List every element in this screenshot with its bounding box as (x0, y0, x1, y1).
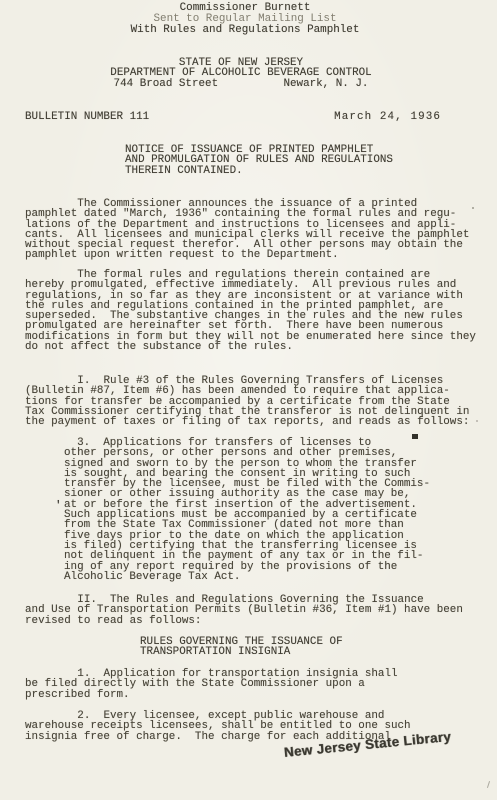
paragraph-rule-one: 1. Application for transportation insign… (25, 669, 398, 700)
blockquote-rule-three: 3. Applications for transfers of license… (64, 438, 436, 582)
paragraph-announcement: The Commissioner announces the issuance … (25, 199, 469, 261)
bulletin-header: BULLETIN NUMBER 111 March 24, 1936 (25, 112, 441, 122)
letterhead: STATE OF NEW JERSEY DEPARTMENT OF ALCOHO… (0, 58, 482, 89)
paper-speck (476, 420, 478, 422)
ink-blot-mark (412, 434, 418, 439)
notice-title: NOTICE OF ISSUANCE OF PRINTED PAMPHLET A… (125, 145, 393, 176)
distribution-note-pamphlet: With Rules and Regulations Pamphlet (0, 25, 490, 36)
letterhead-address: 744 Broad Street Newark, N. J. (0, 79, 482, 89)
rules-section-heading: RULES GOVERNING THE ISSUANCE OF TRANSPOR… (140, 637, 343, 658)
paper-speck (487, 781, 490, 788)
paragraph-item-two: II. The Rules and Regulations Governing … (25, 595, 463, 626)
paper-speck (472, 207, 474, 209)
bulletin-number: BULLETIN NUMBER 111 (25, 112, 149, 122)
bulletin-date: March 24, 1936 (334, 112, 441, 122)
paragraph-promulgation: The formal rules and regulations therein… (25, 270, 476, 352)
distribution-note: Commissioner Burnett Sent to Regular Mai… (0, 3, 490, 36)
pen-tick-mark: ' (55, 501, 62, 511)
document-page: Commissioner Burnett Sent to Regular Mai… (0, 0, 497, 800)
paragraph-item-one: I. Rule #3 of the Rules Governing Transf… (25, 376, 469, 427)
